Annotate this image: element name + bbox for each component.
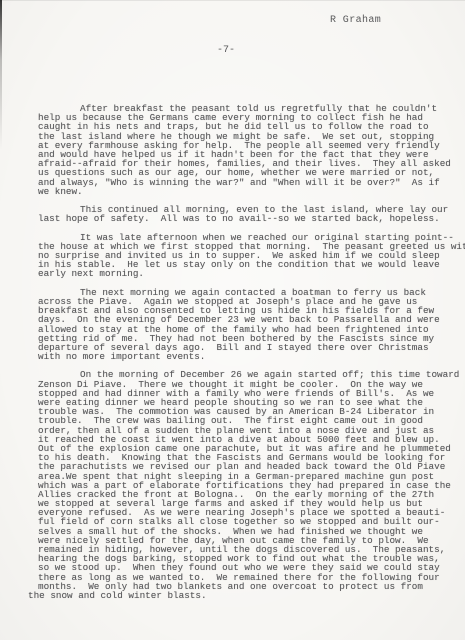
paragraph: It was late afternoon when we reached ou… <box>38 233 458 279</box>
text-line: with no more important events. <box>38 352 458 361</box>
author-header: R Graham <box>330 15 381 26</box>
text-line: the snow and cold winter blasts. <box>28 591 458 600</box>
text-line: early next morning. <box>38 269 458 278</box>
paragraph: After breakfast the peasant told us regr… <box>38 104 458 196</box>
page-number: -7- <box>217 45 235 56</box>
scan-edge-top <box>0 0 465 1</box>
scan-edge-left <box>0 0 2 150</box>
paragraph: This continued all morning, even to the … <box>38 205 458 223</box>
scanned-document-page: R Graham -7- After breakfast the peasant… <box>0 0 465 640</box>
text-line: we knew. <box>38 187 458 196</box>
paragraph: On the morning of December 26 we again s… <box>38 370 458 600</box>
text-line: and always, "Who is winning the war?" an… <box>38 178 458 187</box>
paragraph: The next morning we again contacted a bo… <box>38 288 458 362</box>
text-line: last hope of safety. All was to no avail… <box>38 214 458 223</box>
document-body: After breakfast the peasant told us regr… <box>38 104 458 609</box>
